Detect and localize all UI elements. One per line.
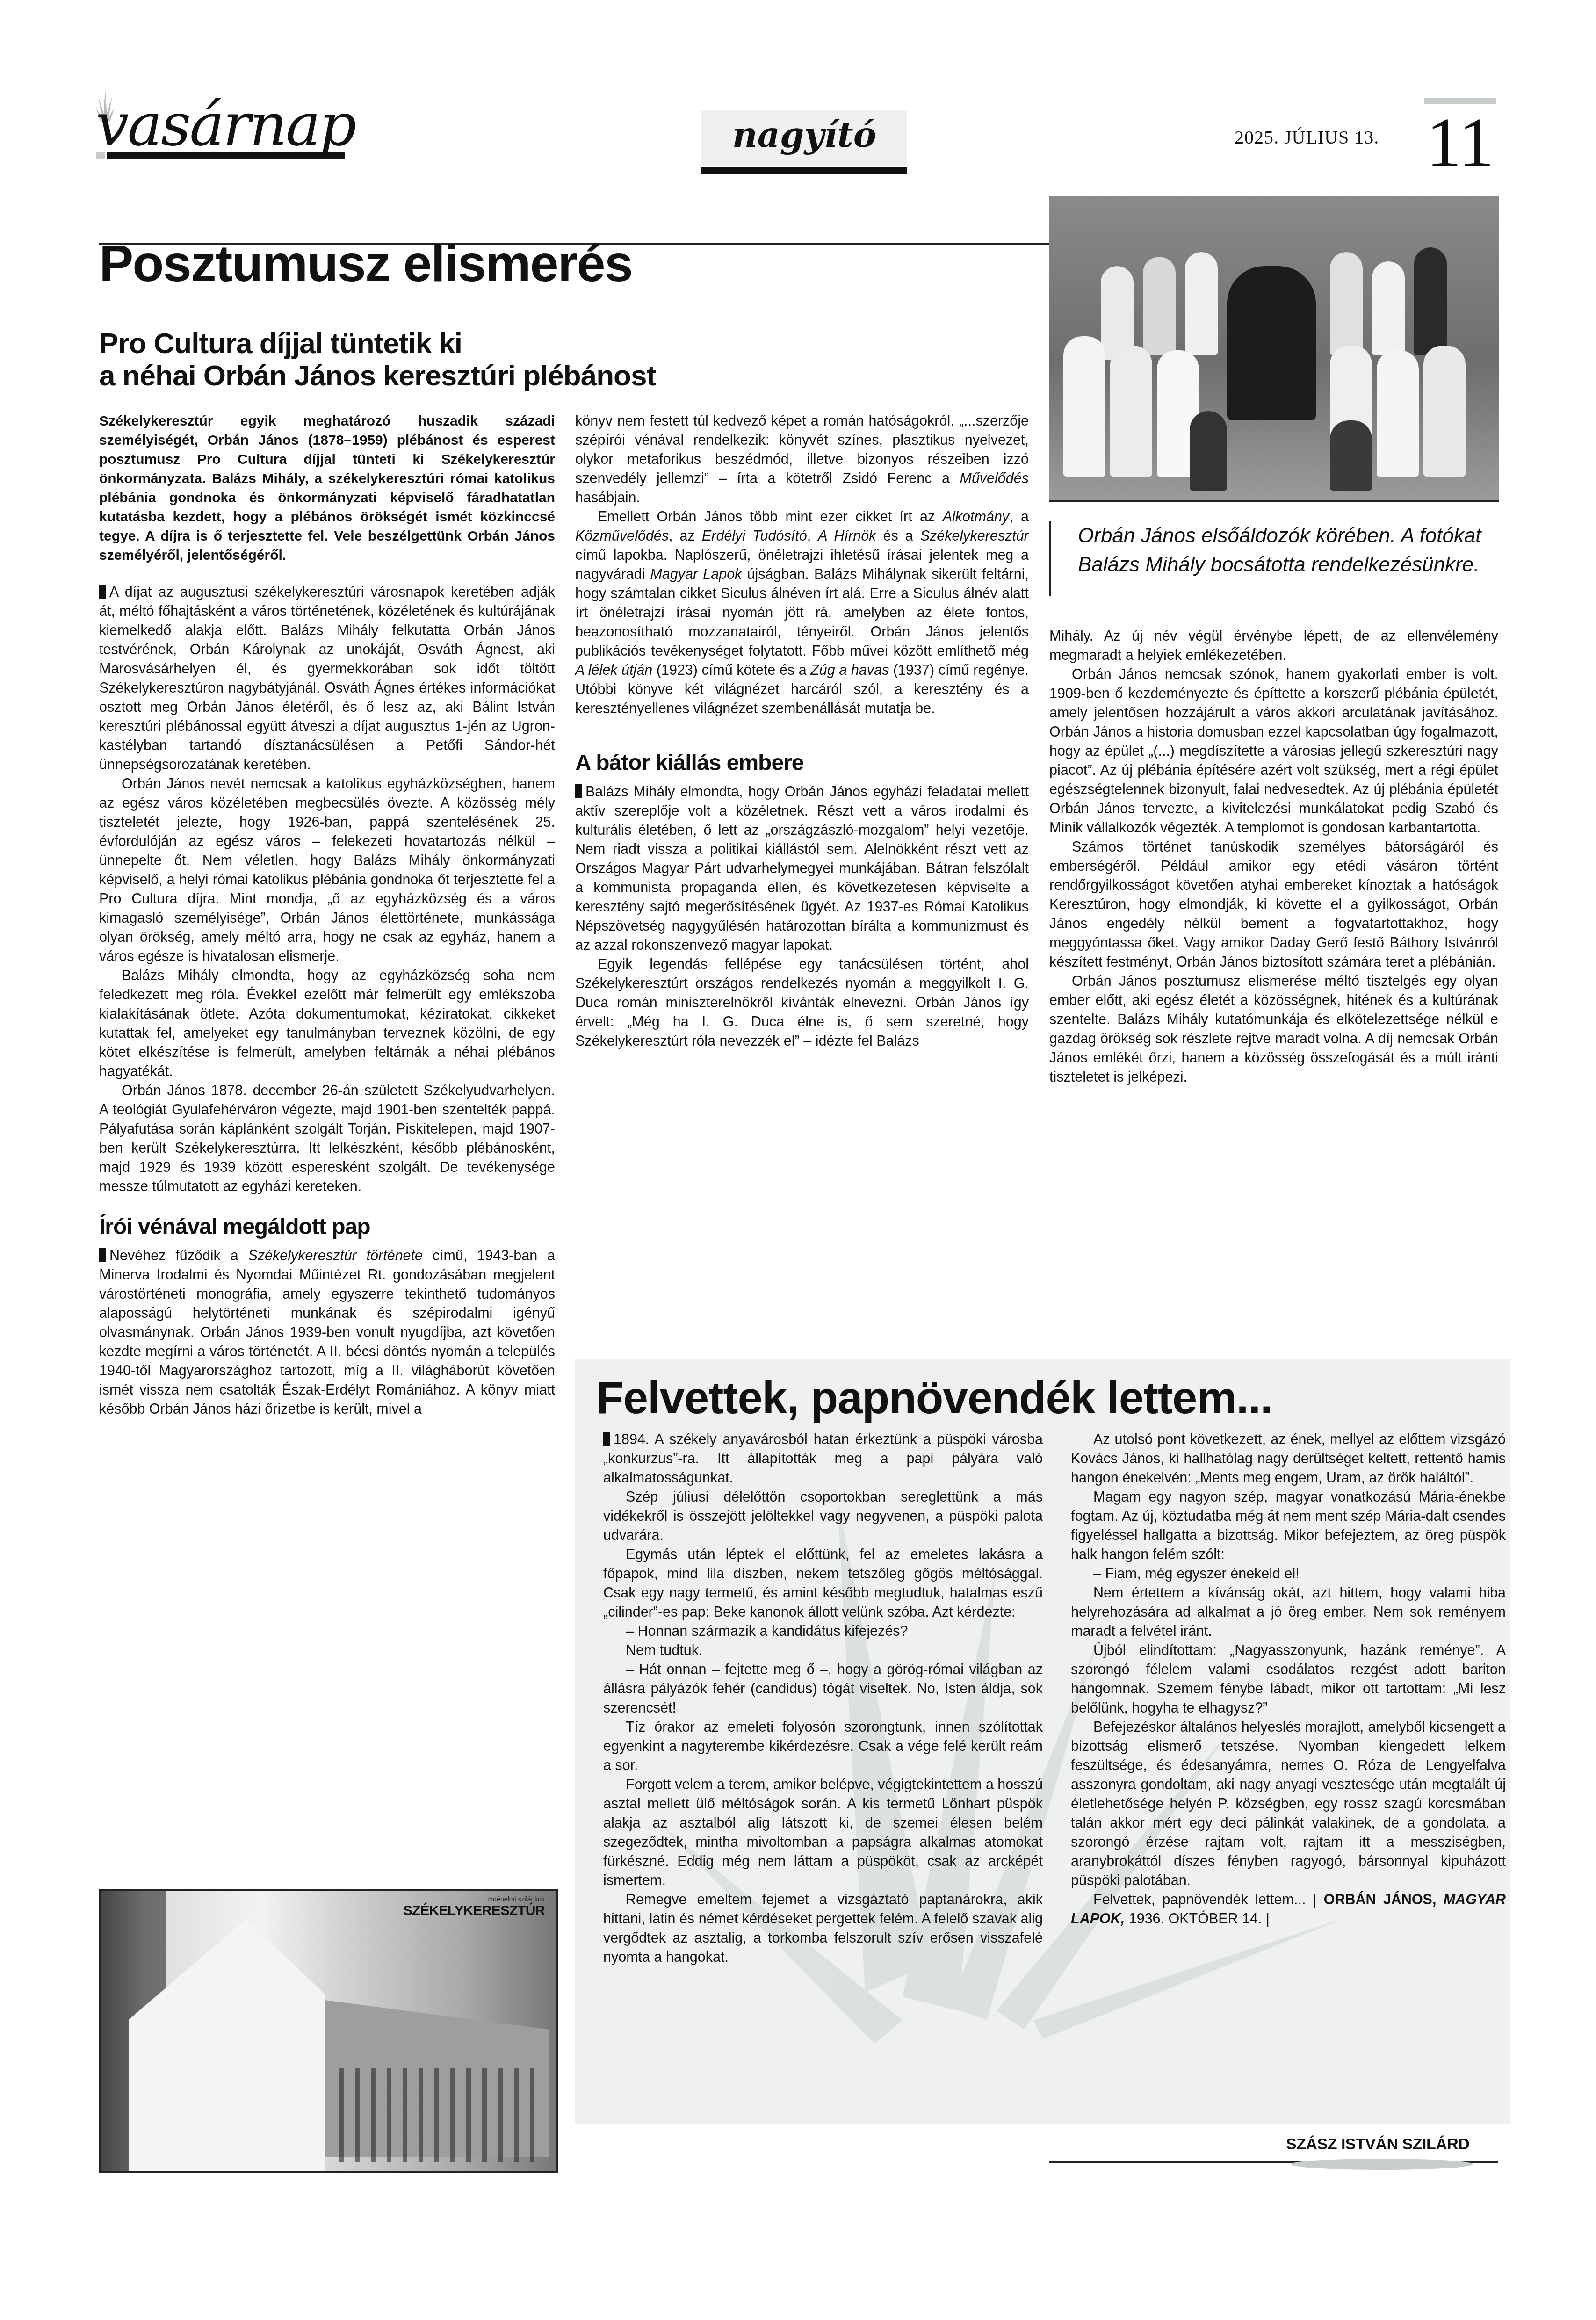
byline-accent: [1291, 2159, 1473, 2170]
paragraph: Orbán János nevét nemcsak a katolikus eg…: [99, 774, 555, 966]
paragraph: Egymás után léptek el előttünk, fel az e…: [603, 1545, 1043, 1622]
issue-date: 2025. JÚLIUS 13.: [1235, 126, 1379, 148]
paragraph: Nem tudtuk.: [603, 1641, 1043, 1660]
paragraph: Szép júliusi délelőttön csoportokban ser…: [603, 1488, 1043, 1545]
section-subheading: Írói vénával megáldott pap: [99, 1215, 555, 1240]
paragraph: Magam egy nagyon szép, magyar vonatkozás…: [1071, 1488, 1506, 1564]
article-subtitle: Pro Cultura díjjal tüntetik ki a néhai O…: [99, 327, 656, 392]
logo-underline: [107, 152, 345, 159]
paragraph: Forgott velem a terem, amikor belépve, v…: [603, 1775, 1043, 1890]
paragraph: Tíz órakor az emeleti folyosón szorongtu…: [603, 1718, 1043, 1775]
credit-date: 1936. OKTÓBER 14. |: [1125, 1911, 1270, 1927]
article-column-3: Mihály. Az új név végül érvénybe lépett,…: [1049, 627, 1498, 1087]
paragraph: Nevéhez fűződik a Székelykeresztúr törté…: [99, 1246, 555, 1419]
article-column-2: könyv nem festett túl kedvező képet a ro…: [575, 412, 1029, 1051]
photo-parish-construction: történelmi szilánkok SZÉKELYKERESZTÚR: [99, 1889, 558, 2173]
photo-caption: Orbán János elsőáldozók körében. A fotók…: [1049, 521, 1527, 596]
lead-paragraph: Székelykeresztúr egyik meghatározó husza…: [99, 412, 555, 565]
paragraph: Mihály. Az új név végül érvénybe lépett,…: [1049, 627, 1498, 665]
paragraph: Orbán János nemcsak szónok, hanem gyakor…: [1049, 665, 1498, 838]
paragraph: Orbán János posztumusz elismerése méltó …: [1049, 972, 1498, 1087]
photo-watermark-label: történelmi szilánkok SZÉKELYKERESZTÚR: [403, 1895, 545, 1919]
paragraph: Egyik legendás fellépése egy tanácsülése…: [575, 955, 1029, 1051]
article-lead: Székelykeresztúr egyik meghatározó husza…: [99, 412, 555, 565]
article-subtitle-line-2: a néhai Orbán János keresztúri plébánost: [99, 360, 656, 392]
paragraph: Emellett Orbán János több mint ezer cikk…: [575, 507, 1029, 718]
paragraph: 1894. A székely anyavárosból hatan érkez…: [603, 1430, 1043, 1488]
paragraph: Balázs Mihály elmondta, hogy Orbán János…: [575, 782, 1029, 955]
section-tag: nagyító: [701, 115, 907, 155]
paragraph: – Fiam, még egyszer énekeld el!: [1071, 1564, 1506, 1583]
paragraph: – Honnan származik a kandidátus kifejezé…: [603, 1622, 1043, 1641]
photo-first-communicants: [1049, 196, 1499, 502]
boxed-story-column-2: Az utolsó pont következett, az ének, mel…: [1071, 1430, 1506, 1929]
author-byline: SZÁSZ ISTVÁN SZILÁRD: [1286, 2135, 1469, 2154]
paragraph-marker-icon: [603, 1432, 610, 1446]
paragraph: Orbán János 1878. december 26-án születe…: [99, 1081, 555, 1196]
boxed-story-title: Felvettek, papnövendék lettem...: [596, 1373, 1272, 1424]
paragraph: – Hát onnan – fejtette meg ő –, hogy a g…: [603, 1660, 1043, 1718]
paragraph: Nem értettem a kívánság okát, azt hittem…: [1071, 1583, 1506, 1641]
paragraph: A díjat az augusztusi székelykeresztúri …: [99, 583, 555, 774]
paragraph: Befejezéskor általános helyeslés morajlo…: [1071, 1718, 1506, 1890]
boxed-story-column-1: 1894. A székely anyavárosból hatan érkez…: [603, 1430, 1043, 1967]
section-subheading: A bátor kiállás embere: [575, 751, 1029, 776]
section-tag-underline: [701, 167, 907, 174]
paragraph: Újból elindítottam: „Nagyasszonyunk, haz…: [1071, 1641, 1506, 1718]
credit-author: ORBÁN JÁNOS,: [1324, 1892, 1437, 1908]
paragraph: Remegve emeltem fejemet a vizsgáztató pa…: [603, 1890, 1043, 1967]
logo-bar-accent: [96, 152, 105, 159]
article-column-1: Székelykeresztúr egyik meghatározó husza…: [99, 412, 555, 1419]
paragraph-marker-icon: [575, 784, 582, 798]
paragraph-marker-icon: [99, 1248, 106, 1262]
paragraph: Az utolsó pont következett, az ének, mel…: [1071, 1430, 1506, 1488]
paragraph: Számos történet tanúskodik személyes bát…: [1049, 838, 1498, 972]
paragraph-with-credit: Felvettek, papnövendék lettem... | ORBÁN…: [1071, 1890, 1506, 1929]
paragraph-marker-icon: [99, 585, 106, 599]
page-number: 11: [1424, 101, 1496, 185]
paragraph: Balázs Mihály elmondta, hogy az egyházkö…: [99, 966, 555, 1081]
article-subtitle-line-1: Pro Cultura díjjal tüntetik ki: [99, 327, 656, 360]
paragraph: könyv nem festett túl kedvező képet a ro…: [575, 412, 1029, 507]
article-title: Posztumusz elismerés: [99, 234, 632, 293]
newspaper-logo: vasárnap: [96, 96, 355, 154]
